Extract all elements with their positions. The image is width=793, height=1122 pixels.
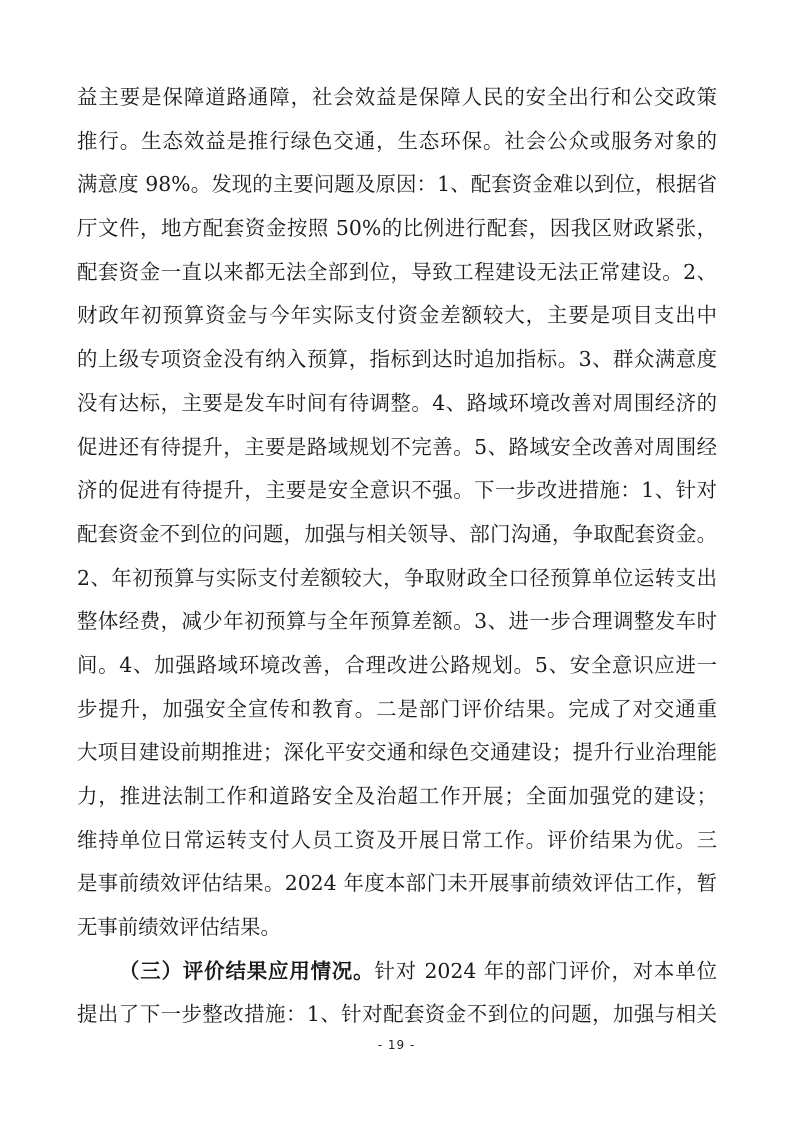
text-line: 配套资金不到位的问题，加强与相关领导、部门沟通，争取配套资金。 [77, 513, 717, 557]
text-line: 促进还有待提升，主要是路域规划不完善。5、路域安全改善对周围经 [77, 426, 717, 470]
text-line: 没有达标，主要是发车时间有待调整。4、路域环境改善对周围经济的 [77, 382, 717, 426]
text-line: 是事前绩效评估结果。2024 年度本部门未开展事前绩效评估工作，暂 [77, 862, 717, 906]
text-line: 的上级专项资金没有纳入预算，指标到达时追加指标。3、群众满意度 [77, 338, 717, 382]
text-line: 配套资金一直以来都无法全部到位，导致工程建设无法正常建设。2、 [77, 251, 717, 295]
text-line: 力，推进法制工作和道路安全及治超工作开展；全面加强党的建设； [77, 775, 717, 819]
text-line: 步提升，加强安全宣传和教育。二是部门评价结果。完成了对交通重 [77, 688, 717, 732]
paragraph-end-line: 无事前绩效评估结果。 [77, 906, 717, 950]
text-line: 整体经费，减少年初预算与全年预算差额。3、进一步合理调整发车时 [77, 600, 717, 644]
text-line: 满意度 98%。发现的主要问题及原因：1、配套资金难以到位，根据省 [77, 163, 717, 207]
text-line: 大项目建设前期推进；深化平安交通和绿色交通建设；提升行业治理能 [77, 731, 717, 775]
body-text: 益主要是保障道路通障，社会效益是保障人民的安全出行和公交政策 推行。生态效益是推… [77, 76, 717, 1037]
text-line: 益主要是保障道路通障，社会效益是保障人民的安全出行和公交政策 [77, 76, 717, 120]
text-line: 推行。生态效益是推行绿色交通，生态环保。社会公众或服务对象的 [77, 120, 717, 164]
text-line: 维持单位日常运转支付人员工资及开展日常工作。评价结果为优。三 [77, 819, 717, 863]
page-number: - 19 - [0, 1038, 793, 1052]
text-line: 财政年初预算资金与今年实际支付资金差额较大，主要是项目支出中 [77, 294, 717, 338]
text-line: 提出了下一步整改措施：1、针对配套资金不到位的问题，加强与相关 [77, 993, 717, 1037]
text-line: 济的促进有待提升，主要是安全意识不强。下一步改进措施：1、针对 [77, 469, 717, 513]
document-page: 益主要是保障道路通障，社会效益是保障人民的安全出行和公交政策 推行。生态效益是推… [0, 0, 793, 1122]
section-heading: （三）评价结果应用情况。 [119, 959, 374, 983]
text-line: 2、年初预算与实际支付差额较大，争取财政全口径预算单位运转支出 [77, 557, 717, 601]
text-line: 间。4、加强路域环境改善，合理改进公路规划。5、安全意识应进一 [77, 644, 717, 688]
section-heading-line: （三）评价结果应用情况。针对 2024 年的部门评价，对本单位 [77, 950, 717, 994]
text-line: 厅文件，地方配套资金按照 50%的比例进行配套，因我区财政紧张， [77, 207, 717, 251]
section-heading-continuation: 针对 2024 年的部门评价，对本单位 [374, 959, 717, 983]
